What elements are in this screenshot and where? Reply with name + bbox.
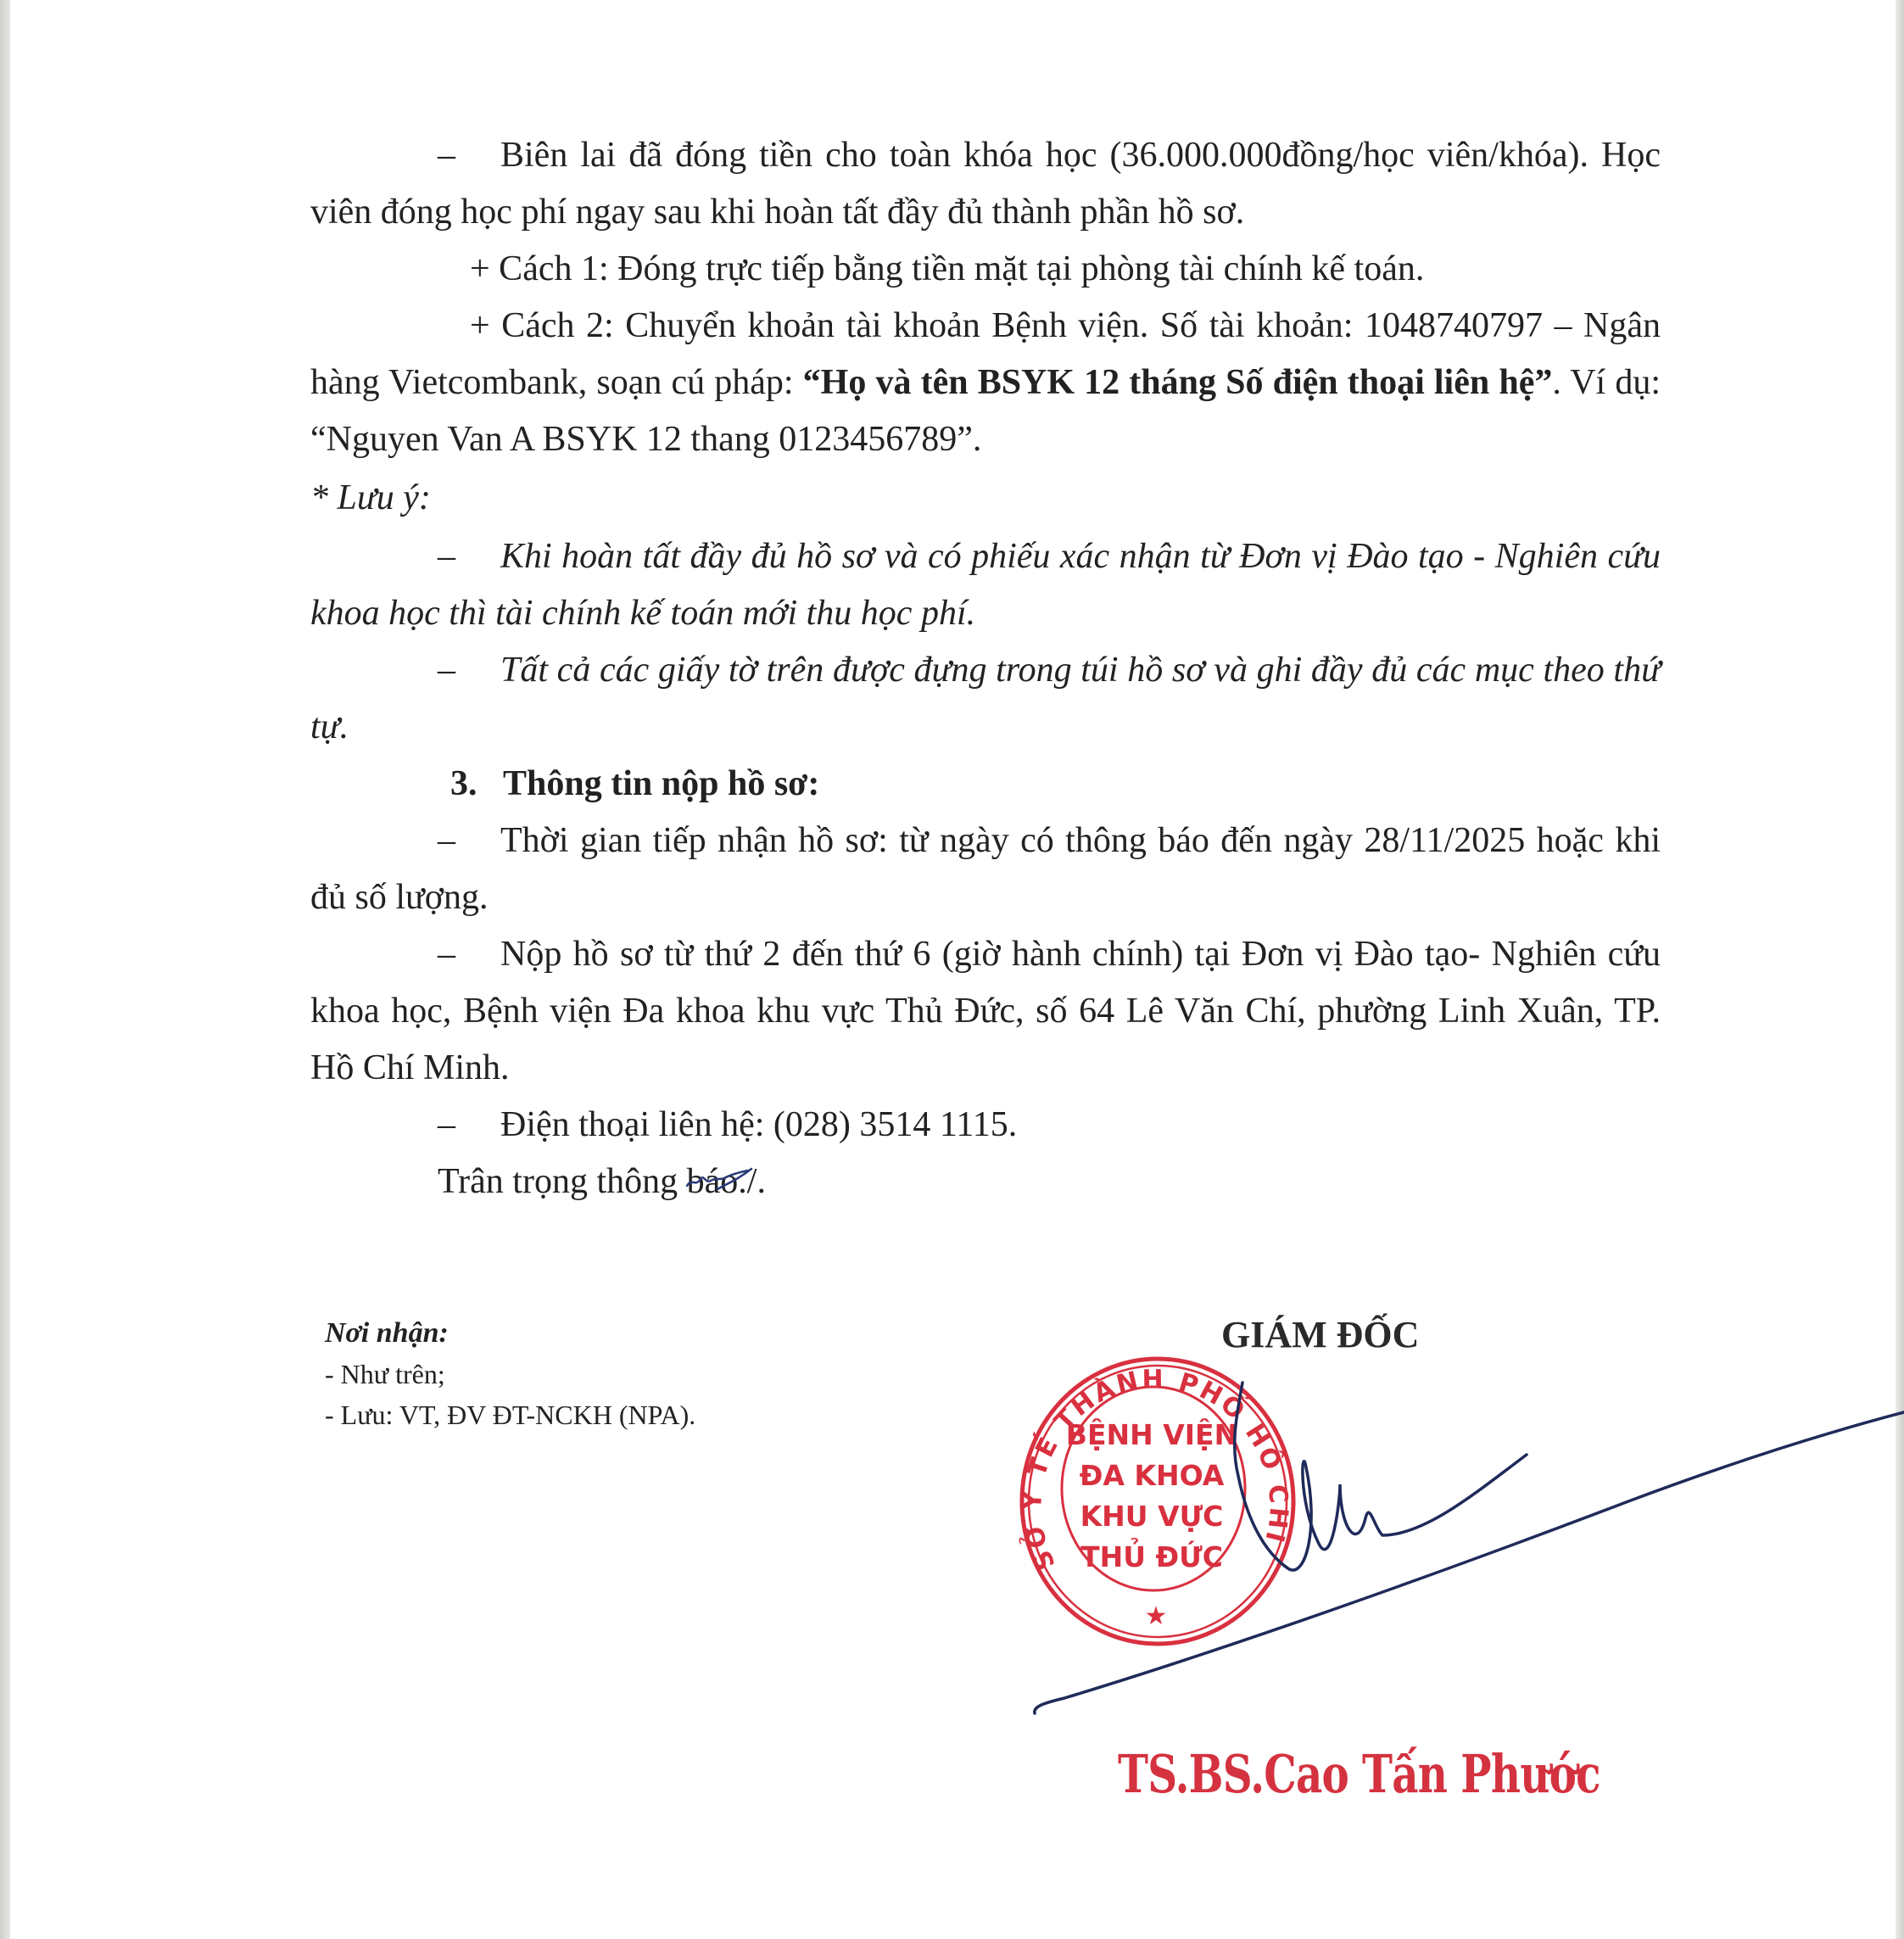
section-heading: 3.Thông tin nộp hồ sơ: (310, 756, 1661, 813)
note-item-text: Khi hoàn tất đầy đủ hồ sơ và có phiếu xá… (310, 537, 1661, 633)
signature-icon (984, 1374, 1904, 1730)
bullet-dash: – (438, 127, 500, 184)
recipient-item: - Lưu: VT, ĐV ĐT-NCKH (NPA). (325, 1394, 695, 1435)
section-item-text: Thời gian tiếp nhận hồ sơ: từ ngày có th… (310, 821, 1661, 917)
fee-receipt-item: –Biên lai đã đóng tiền cho toàn khóa học… (310, 127, 1661, 241)
fee-receipt-line1: Biên lai đã đóng tiền cho toàn khóa học … (500, 136, 1589, 175)
note-item: –Tất cả các giấy tờ trên được đựng trong… (310, 642, 1661, 756)
closing-line: Trân trọng thông báo./. (310, 1154, 1661, 1210)
handwritten-initials-icon (684, 1162, 760, 1196)
signer-name: TS.BS.Cao Tấn Phước (1118, 1743, 1600, 1805)
note-item: –Khi hoàn tất đầy đủ hồ sơ và có phiếu x… (310, 528, 1661, 642)
section-item: –Điện thoại liên hệ: (028) 3514 1115. (310, 1097, 1661, 1154)
transfer-syntax: “Họ và tên BSYK 12 tháng Số điện thoại l… (803, 363, 1553, 402)
payment-method-1: + Cách 1: Đóng trực tiếp bằng tiền mặt t… (310, 241, 1661, 298)
recipients-block: Nơi nhận: - Như trên; - Lưu: VT, ĐV ĐT-N… (325, 1313, 695, 1435)
scan-edge-left (0, 0, 10, 1939)
bullet-dash: – (438, 926, 500, 983)
section-item-text: Nộp hồ sơ từ thứ 2 đến thứ 6 (giờ hành c… (310, 935, 1661, 1087)
bullet-dash: – (438, 528, 500, 585)
recipients-label: Nơi nhận: (325, 1313, 695, 1354)
section-item: –Thời gian tiếp nhận hồ sơ: từ ngày có t… (310, 813, 1661, 926)
section-number: 3. (450, 756, 503, 813)
bullet-dash: – (438, 1097, 500, 1154)
section-item: –Nộp hồ sơ từ thứ 2 đến thứ 6 (giờ hành … (310, 926, 1661, 1097)
section-title: Thông tin nộp hồ sơ: (503, 764, 819, 803)
section-item-text: Điện thoại liên hệ: (028) 3514 1115. (500, 1105, 1017, 1144)
note-label: * Lưu ý: (310, 470, 1661, 527)
payment-method-2: + Cách 2: Chuyển khoản tài khoản Bệnh vi… (310, 298, 1661, 468)
bullet-dash: – (438, 642, 500, 699)
bullet-dash: – (438, 813, 500, 869)
note-item-text: Tất cả các giấy tờ trên được đựng trong … (310, 651, 1661, 746)
document-body: –Biên lai đã đóng tiền cho toàn khóa học… (310, 127, 1661, 1210)
recipient-item: - Như trên; (325, 1354, 695, 1394)
